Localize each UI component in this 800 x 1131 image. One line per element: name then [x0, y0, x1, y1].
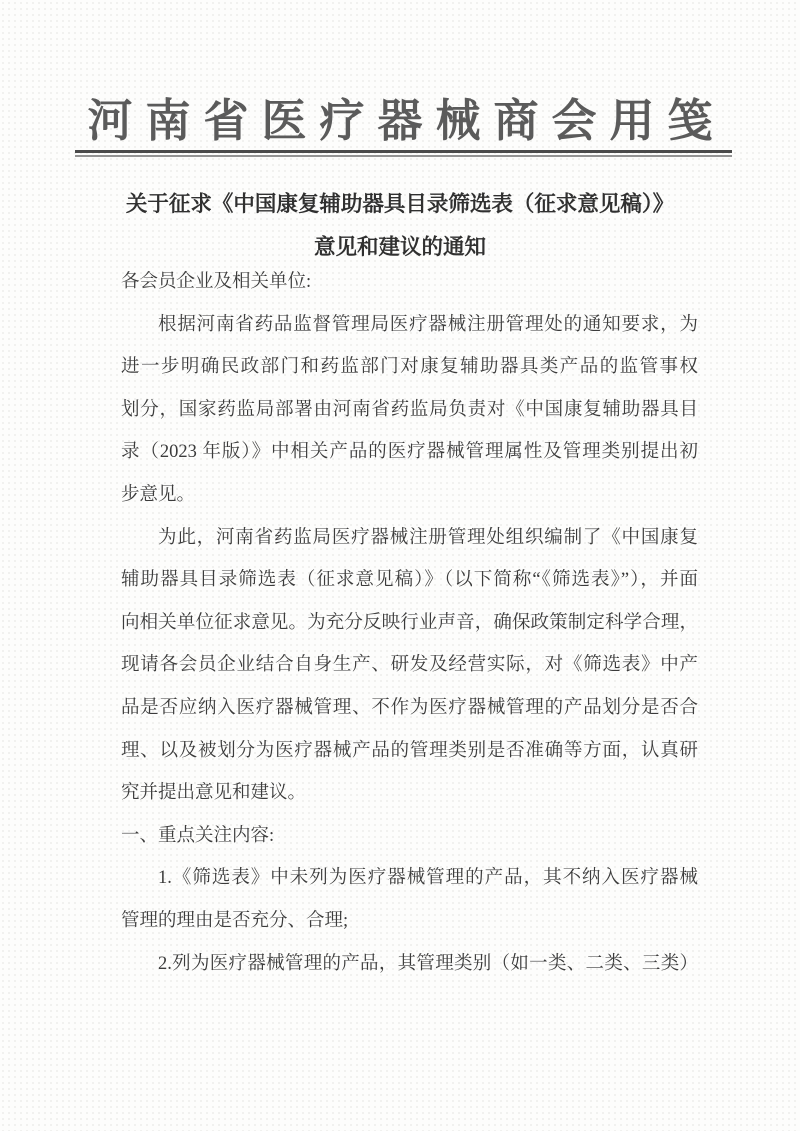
body-line: 品是否应纳入医疗器械管理、不作为医疗器械管理的产品划分是否合: [121, 687, 698, 730]
body-line: 录（2023 年版）》中相关产品的医疗器械管理属性及管理类别提出初: [121, 431, 698, 474]
letterhead-rule-thick: [75, 150, 732, 153]
list-item-1: 1.《筛选表》中未列为医疗器械管理的产品，其不纳入医疗器械: [121, 857, 698, 900]
body-line: 现请各会员企业结合自身生产、研发及经营实际，对《筛选表》中产: [121, 644, 698, 687]
body-line: 为此，河南省药监局医疗器械注册管理处组织编制了《中国康复: [121, 517, 698, 560]
body-line: 进一步明确民政部门和药监部门对康复辅助器具类产品的监管事权: [121, 346, 698, 389]
letterhead-title: 河南省医疗器械商会用笺: [0, 84, 800, 149]
letterhead-rule-thin: [75, 155, 732, 157]
body-line: 向相关单位征求意见。为充分反映行业声音，确保政策制定科学合理，: [121, 602, 698, 645]
body-line: 步意见。: [121, 474, 698, 517]
list-item-2: 2.列为医疗器械管理的产品，其管理类别（如一类、二类、三类）: [121, 943, 698, 986]
body-line: 管理的理由是否充分、合理;: [121, 900, 698, 943]
body-line: 根据河南省药品监督管理局医疗器械注册管理处的通知要求，为: [121, 304, 698, 347]
letterhead-rule: [75, 150, 732, 157]
body-line: 辅助器具目录筛选表（征求意见稿）》（以下简称“《筛选表》”），并面: [121, 559, 698, 602]
document-body: 各会员企业及相关单位: 根据河南省药品监督管理局医疗器械注册管理处的通知要求，为…: [121, 261, 698, 985]
notice-title-line-1: 关于征求《中国康复辅助器具目录筛选表（征求意见稿）》: [60, 183, 740, 226]
section-heading: 一、重点关注内容:: [121, 815, 698, 858]
notice-title: 关于征求《中国康复辅助器具目录筛选表（征求意见稿）》 意见和建议的通知: [60, 183, 740, 269]
salutation-line: 各会员企业及相关单位:: [121, 261, 698, 304]
document-page: 河南省医疗器械商会用笺 关于征求《中国康复辅助器具目录筛选表（征求意见稿）》 意…: [0, 0, 800, 1131]
body-line: 划分，国家药监局部署由河南省药监局负责对《中国康复辅助器具目: [121, 389, 698, 432]
body-line: 理、以及被划分为医疗器械产品的管理类别是否准确等方面，认真研: [121, 730, 698, 773]
body-line: 究并提出意见和建议。: [121, 772, 698, 815]
